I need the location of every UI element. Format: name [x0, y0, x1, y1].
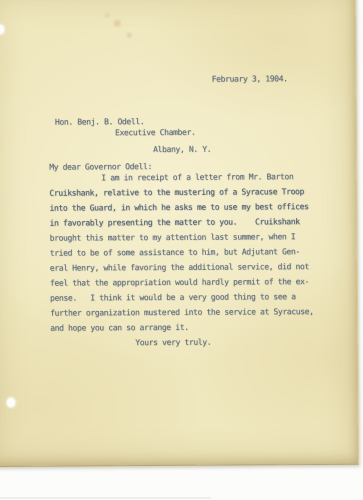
letter-body-line: further organization mustered into the s…	[50, 304, 322, 321]
letter-date: February 3, 1904.	[212, 71, 288, 86]
letter-body-line: pense. I think it would be a very good t…	[50, 289, 322, 306]
letter-body: I am in receipt of a letter from Mr. Bar…	[49, 169, 322, 336]
letter-body-line: and hope you can so arrange it.	[50, 319, 322, 336]
letter-closing: Yours very truly.	[135, 335, 211, 350]
letter-paper: February 3, 1904. Hon. Benj. B. Odell. E…	[0, 0, 359, 467]
letter-body-line: eral Henry, while favoring the additiona…	[50, 259, 322, 276]
letter-body-line: into the Guard, in which he asks me to u…	[49, 199, 321, 216]
paper-hole-left	[7, 398, 15, 407]
scanned-letter: February 3, 1904. Hon. Benj. B. Odell. E…	[0, 0, 363, 500]
recipient-city: Albany, N. Y.	[153, 142, 211, 157]
letter-body-line: Cruikshank, relative to the mustering of…	[49, 184, 321, 201]
letter-body-line: brought this matter to my attention last…	[50, 229, 322, 246]
letter-body-line: in favorably presenting the matter to yo…	[49, 214, 321, 231]
letter-body-line: tried to be of some assistance to him, b…	[50, 244, 322, 261]
letter-body-line: I am in receipt of a letter from Mr. Bar…	[49, 169, 321, 186]
recipient-office: Executive Chamber.	[115, 125, 195, 140]
scanner-edge-shadow	[0, 497, 211, 499]
letter-body-line: feel that the appropriation would hardly…	[50, 274, 322, 291]
